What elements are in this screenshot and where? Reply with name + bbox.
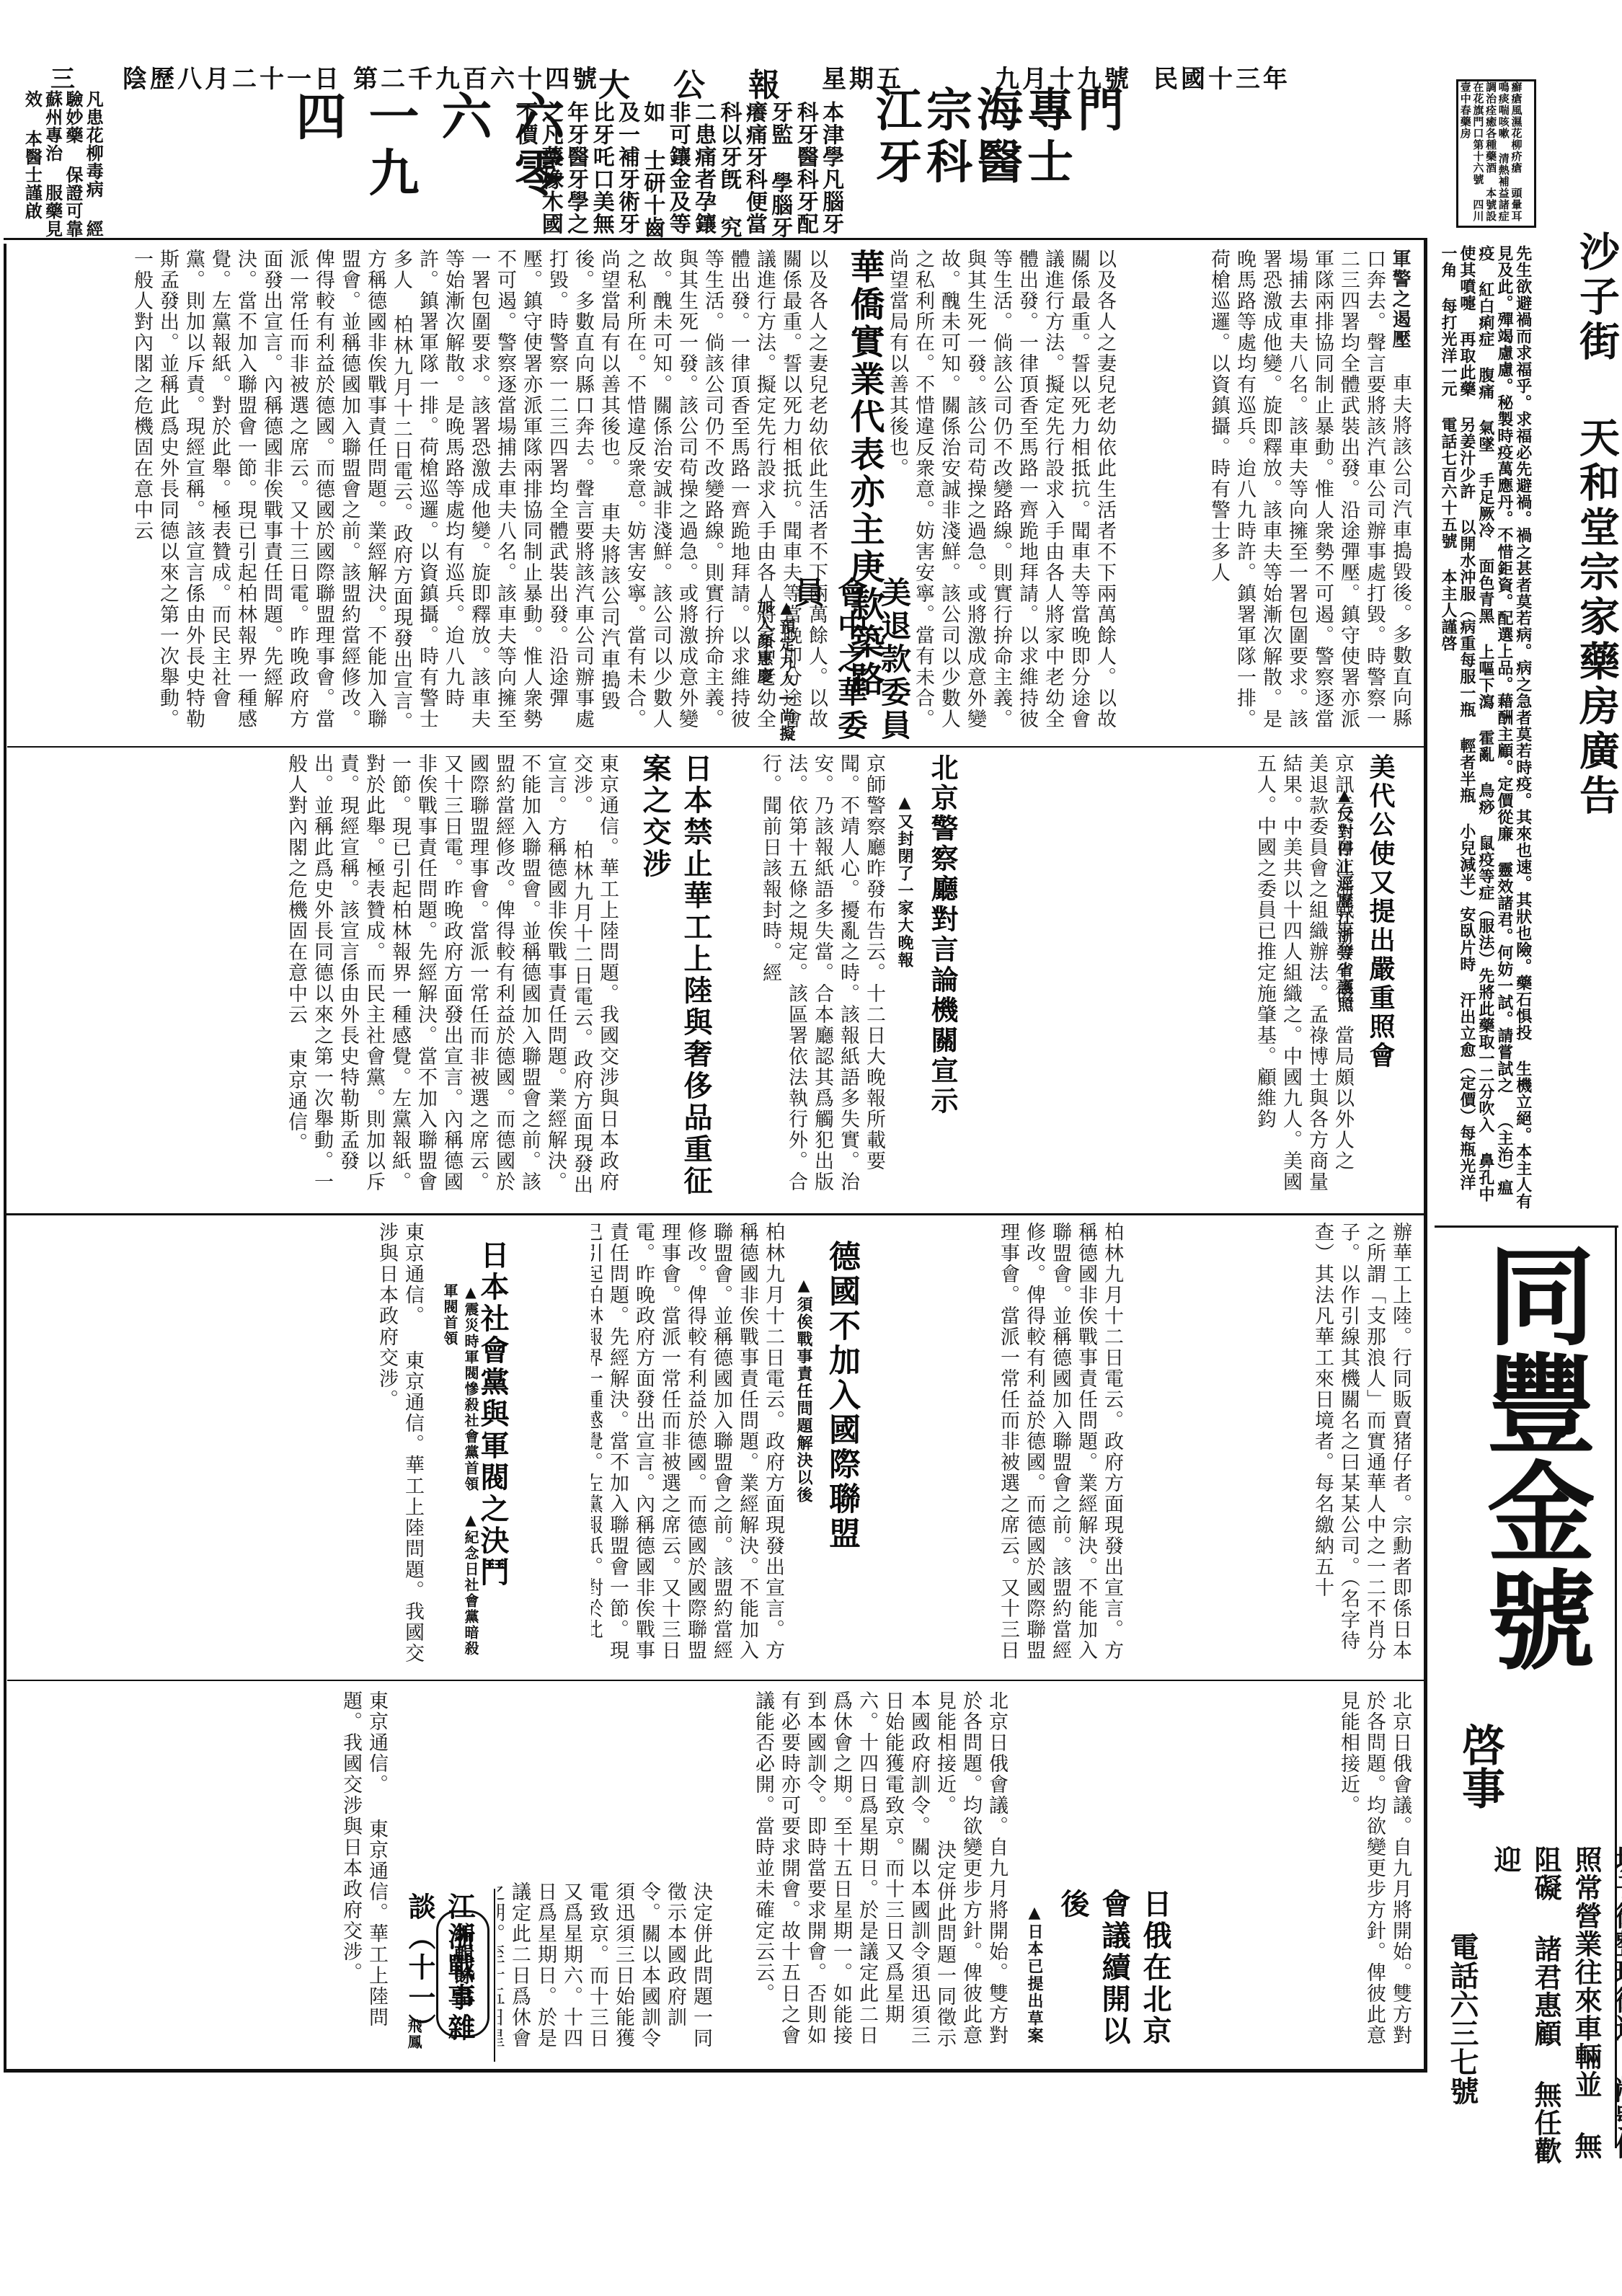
- masthead-issue-number: 第二千九百六十四號: [353, 59, 600, 94]
- beijing-police-body: 京師警察廳昨發布告云。十二日大晚報所載要聞。不靖人心。擾亂之時。該報紙語多失實。…: [692, 753, 887, 1207]
- strike-report-body: 軍警之遏壓 車夫將該公司汽車搗毀後。多數直向縣口奔去。聲言要將該汽車公司辦事處打…: [1125, 249, 1413, 739]
- left-upper-body: 以及各人之妻兒老幼依此生活者不下兩萬餘人。以故關係最重。誓以死力相抵抗。聞車夫等…: [14, 249, 829, 739]
- top-divider: [4, 238, 1427, 240]
- clinic-ad-line: 本醫士謹啟: [22, 130, 43, 220]
- japan-russia-headline: 日俄在北京會議續開以後: [1052, 1889, 1176, 2069]
- editorial-body: 決定併此問題一同徵示本國政府訓令。關以本國訓令須迅須三日始能獲電致京。而十三日又…: [497, 1881, 714, 2062]
- beijing-police-headline: 北京警察廳對言論機關宣示: [923, 753, 962, 1207]
- dentist-ad-line: 年牙醫牙學之之凡藥橡木國不價: [512, 101, 588, 235]
- left-upper-text: 車夫將該公司汽車搗毀後。多數直向縣口奔去。聲言要將該汽車公司辦事處打毀。時警察一…: [390, 249, 620, 730]
- masthead-lunar-date: 陰歷八月二十一日: [123, 59, 342, 94]
- medicine-ad-title: 沙子街 天和堂宗家藥房廣告: [1568, 231, 1622, 1225]
- remittance-body: 以及各人之妻兒老幼依此生活者不下兩萬餘人。以故關係最重。誓以死力相抵抗。聞車夫等…: [887, 249, 1117, 739]
- japan-ban-headline: 日本禁止華工上陸與奢侈品重征案之交涉: [634, 753, 717, 1207]
- clinic-ad-line: 凡患花柳毒病: [83, 90, 104, 198]
- strike-report-text: 車夫將該公司汽車搗毀後。多數直向縣口奔去。聲言要將該汽車公司辦事處打毀。時警察一…: [1207, 249, 1412, 730]
- medicine-ad-body: 先生欲避禍而求福乎。求福必先避禍。禍之甚者莫若病。病之急者莫若時疫。其來也速。其…: [1438, 245, 1532, 1211]
- strike-report-headline: 軍警之遏壓: [1389, 249, 1411, 350]
- japan-socialists-subhead: ▲震災時軍閥慘殺社會黨首領 ▲紀念日社會黨暗殺軍閥首領: [440, 1283, 482, 1658]
- us-minister-headline: 美代公使又提出嚴重照會: [1362, 753, 1399, 1207]
- japan-russia-subhead: ▲日本已提出草案: [1024, 1903, 1046, 2062]
- lower-section-rule: [7, 1680, 1424, 1681]
- right-ad-separator: [1435, 1225, 1618, 1228]
- germany-headline: 德國不加入國際聯盟: [818, 1240, 864, 1644]
- shop-ad-body: 坡子街整理街道 敝號仍照常營業往來車輛並 無阻礙 諸君惠顧 無任歡迎: [1485, 1845, 1622, 2177]
- japan-russia-body: 北京日俄會議。自九月將開始。雙方對於各問題。均欲變更步方針。俾彼此意見能相接近。…: [721, 1690, 1009, 2065]
- germany-subhead: ▲須俟戰事責任問題解決以後: [793, 1276, 815, 1636]
- japan-socialists-body: 東京通信。 東京通信。華工上陸問題。我國交涉與日本政府交涉。: [14, 1222, 425, 1676]
- dentist-ad-title: 江宗海專門牙科醫士: [876, 85, 1164, 189]
- medicine-ad-line: 靈效諸君。何妨一試。請嘗試之: [1495, 861, 1514, 1094]
- left-upper-text: 柏林九月十二日電云。政府方面現發出宣言。方稱德國非俟戰事責任問題。業經解決。不能…: [130, 249, 412, 732]
- us-minister-body: 京訊云。自江浙戰事發生後。當局頗以外人之 美退款委員會之組織辦法。孟祿博士與各方…: [1125, 753, 1355, 1207]
- japan-ban-text: 東京通信。: [285, 1049, 307, 1153]
- bottom-divider: [4, 2069, 1427, 2073]
- clinic-ad-columns: 凡患花柳毒病 經驗妙藥 保證可靠 蘇州專治 服藥見效 本醫士謹啟: [22, 90, 103, 252]
- beijing-police-text: 京師警察廳昨發布告云。十二日大晚報所載要聞。不靖人心。擾亂之時。該報紙語多失實。…: [759, 753, 885, 1192]
- masthead-page-number: 三: [50, 59, 78, 94]
- left-border: [4, 244, 6, 2071]
- germany-body: 柏林九月十二日電云。政府方面現發出宣言。方稱德國非俟戰事責任問題。業經解決。不能…: [591, 1222, 786, 1669]
- beijing-police-subhead: ▲又封閉了一家大晚報: [894, 793, 916, 1197]
- japan-socialists-text: 東京通信。: [402, 1222, 424, 1326]
- lower-middle-body: 柏林九月十二日電云。政府方面現發出宣言。方稱德國非俟戰事責任問題。業經解決。不能…: [995, 1222, 1125, 1676]
- editorial-author: 飛鳳: [404, 2018, 425, 2062]
- pharmacy-line: 清熱補益諸症: [1497, 153, 1510, 222]
- medicine-ad-line: 一角 每打光洋一元 電話七百六十五號 本主人謹啓: [1439, 245, 1458, 652]
- upper-section-rule: [7, 746, 1424, 748]
- us-minister-text: 美退款委員會之組織辦法。孟祿博士與各方商量結果。中美共以十四人組織之。中國九人。…: [1254, 753, 1328, 1192]
- pharmacy-ad-box: 癬瘡風濕花柳疥瘡 頭暈耳鳴痰喘咳嗽 清熱補益諸症 調治痊癒各種藥酒 本號設在花旗…: [1456, 79, 1536, 228]
- japan-russia-text: 決定併此問題一同徵示本國政府訓令。關以本國訓令須迅須三日始能獲電致京。而十三日又…: [752, 1690, 956, 2049]
- medicine-ad-line: 先生欲避禍而求福乎。求福必先避禍。禍之甚者莫若病。病之急者莫若時疫。其來也速。其…: [1514, 245, 1533, 1041]
- us-minister-subhead: ▲反對停止逕歷江浙等省護照: [1334, 786, 1356, 1204]
- pharmacy-line: 調治痊癒各種藥酒: [1484, 81, 1497, 174]
- masthead-republic-year: 民國十三年: [1153, 59, 1290, 94]
- right-edge-rule: [1615, 1225, 1617, 2148]
- shop-notice-label: 啓事: [1449, 1723, 1511, 1838]
- us-remission-subhead: ▲預定九人—尚擬加入顏惠慶: [753, 598, 798, 743]
- editorial-text: 決定併此問題一同徵示本國政府訓令。關以本國訓令須迅須三日始能獲電致京。而十三日又…: [497, 1881, 712, 2049]
- japan-ban-body: 東京通信。華工上陸問題。我國交涉與日本政府交涉。 柏林九月十二日電云。政府方面現…: [14, 753, 620, 1207]
- side-article-text: 辦華工上陸。行同販賣猪仔者。宗勳者即係日本之所謂「支那浪人」而實通華人中之一二不…: [1311, 1222, 1412, 1661]
- us-remission-headline: 美退款委員會中之華委員: [786, 577, 916, 743]
- bottom-left-text: 東京通信。: [365, 1690, 388, 1795]
- shop-phone: 電話六三七號: [1442, 1932, 1483, 2148]
- masthead-newspaper-name: 大公報: [598, 59, 823, 105]
- bottom-right-text: 北京日俄會議。自九月將開始。雙方對於各問題。均欲變更步方針。俾彼此意見能相接近。: [1337, 1690, 1412, 2046]
- remittance-text: 以及各人之妻兒老幼依此生活者不下兩萬餘人。以故關係最重。誓以死力相抵抗。聞車夫等…: [887, 249, 1116, 730]
- right-ad-border: [1424, 238, 1427, 2073]
- dentist-ad-text: 本津學凡腦牙科牙醫科牙配牙監 學腦牙癢痛牙科便當科以牙旣 究二患痛者孕鑲非可鑲金…: [512, 101, 843, 245]
- pharmacy-line: 癬瘡風濕花柳疥瘡: [1510, 81, 1523, 174]
- clinic-ad-line: 蘇州專治: [43, 90, 63, 162]
- lower-middle-text: 柏林九月十二日電云。政府方面現發出宣言。方稱德國非俟戰事責任問題。業經解決。不能…: [995, 1222, 1123, 1661]
- side-article-body: 辦華工上陸。行同販賣猪仔者。宗勳者即係日本之所謂「支那浪人」而實通華人中之一二不…: [1132, 1222, 1413, 1676]
- japan-ban-text: 柏林九月十二日電云。政府方面現發出宣言。方稱德國非俟戰事責任問題。業經解決。不能…: [285, 753, 593, 1195]
- bottom-left-body: 東京通信。 東京通信。華工上陸問題。我國交涉與日本政府交涉。: [14, 1690, 389, 2065]
- mid-divider: [4, 1213, 1427, 1215]
- clinic-ad-line: 保證可靠: [63, 166, 84, 238]
- editorial-divider: [494, 1889, 495, 2062]
- germany-text: 柏林九月十二日電云。政府方面現發出宣言。方稱德國非俟戰事責任問題。業經解決。不能…: [591, 1222, 784, 1661]
- shop-name: 同豐金號: [1471, 1240, 1593, 1730]
